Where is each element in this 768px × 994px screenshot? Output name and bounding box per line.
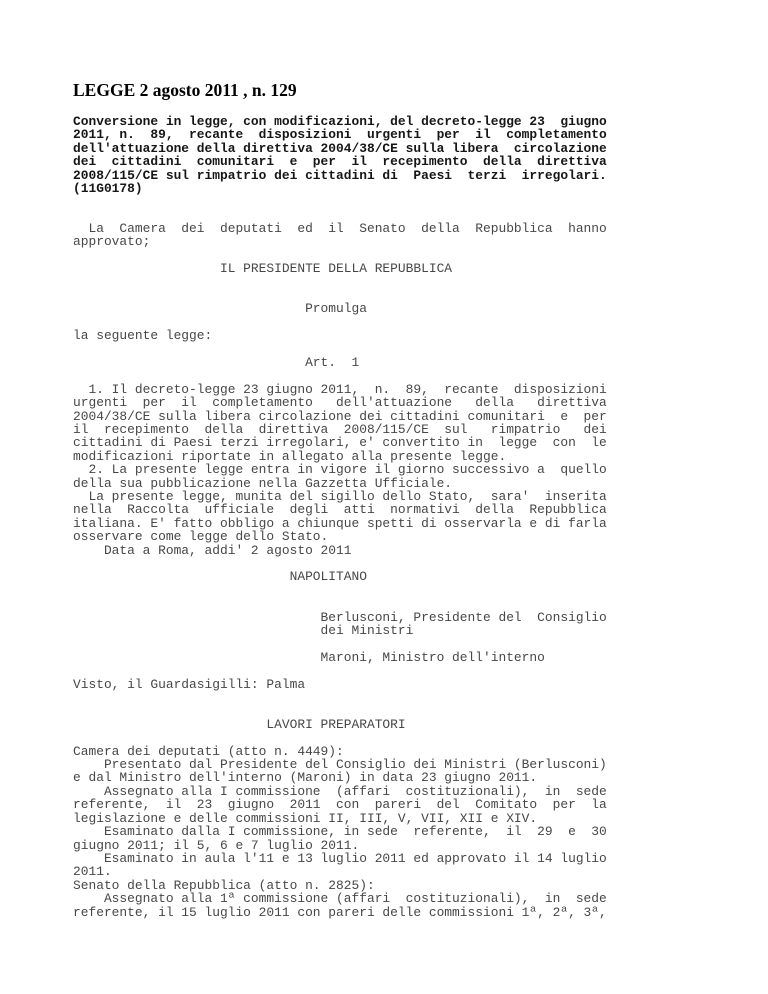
document-abstract: Conversione in legge, con modificazioni,… bbox=[73, 115, 607, 195]
document-title: LEGGE 2 agosto 2011 , n. 129 bbox=[73, 80, 297, 100]
document-body: La Camera dei deputati ed il Senato dell… bbox=[73, 195, 607, 919]
document-page: LEGGE 2 agosto 2011 , n. 129 Conversione… bbox=[0, 0, 768, 994]
